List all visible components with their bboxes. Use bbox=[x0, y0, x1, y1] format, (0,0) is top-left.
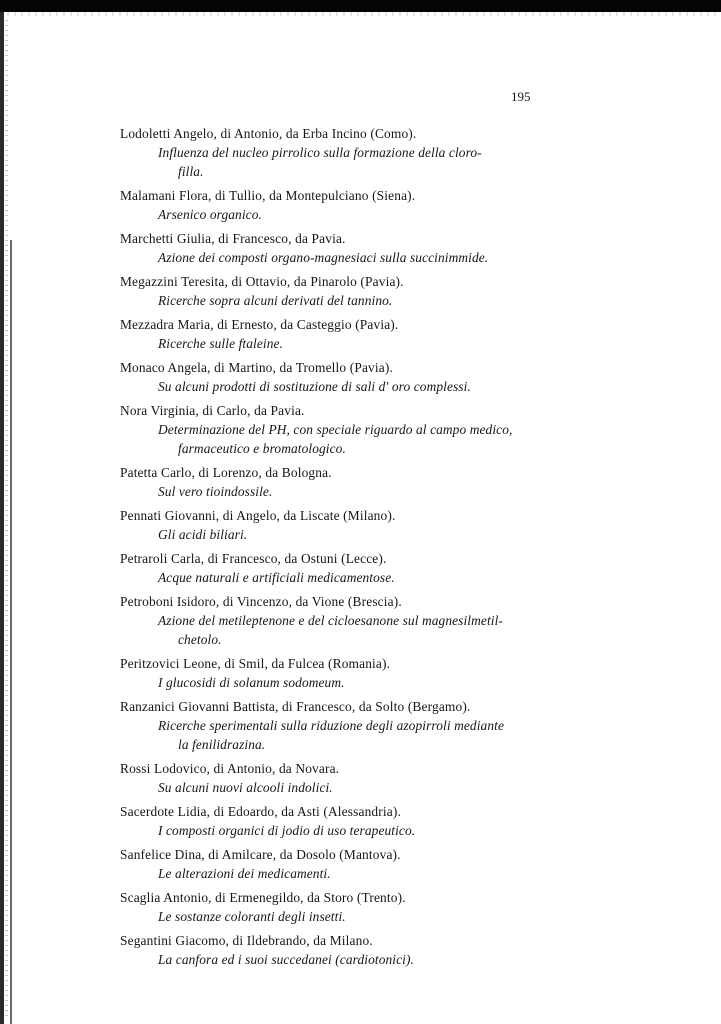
thesis-title: Arsenico organico. bbox=[120, 205, 560, 224]
list-item: Monaco Angela, di Martino, da Tromello (… bbox=[120, 358, 560, 396]
thesis-title: Su alcuni prodotti di sostituzione di sa… bbox=[120, 377, 560, 396]
author-line: Monaco Angela, di Martino, da Tromello (… bbox=[120, 358, 560, 377]
thesis-title: Ricerche sulle ftaleine. bbox=[120, 334, 560, 353]
list-item: Scaglia Antonio, di Ermenegildo, da Stor… bbox=[120, 888, 560, 926]
thesis-title-continuation: farmaceutico e bromatologico. bbox=[120, 439, 560, 458]
list-item: Sanfelice Dina, di Amilcare, da Dosolo (… bbox=[120, 845, 560, 883]
thesis-title: I composti organici di jodio di uso tera… bbox=[120, 821, 560, 840]
author-line: Nora Virginia, di Carlo, da Pavia. bbox=[120, 401, 560, 420]
page-number: 195 bbox=[511, 89, 531, 105]
thesis-title: Ricerche sperimentali sulla riduzione de… bbox=[120, 716, 560, 735]
thesis-title: Azione del metileptenone e del cicloesan… bbox=[120, 611, 560, 630]
scan-binding-shadow bbox=[10, 240, 12, 1024]
author-line: Mezzadra Maria, di Ernesto, da Casteggio… bbox=[120, 315, 560, 334]
thesis-title: I glucosidi di solanum sodomeum. bbox=[120, 673, 560, 692]
author-line: Megazzini Teresita, di Ottavio, da Pinar… bbox=[120, 272, 560, 291]
list-item: Segantini Giacomo, di Ildebrando, da Mil… bbox=[120, 931, 560, 969]
thesis-title: Ricerche sopra alcuni derivati del tanni… bbox=[120, 291, 560, 310]
author-line: Pennati Giovanni, di Angelo, da Liscate … bbox=[120, 506, 560, 525]
thesis-title: Determinazione del PH, con speciale rigu… bbox=[120, 420, 560, 439]
thesis-title-continuation: la fenilidrazina. bbox=[120, 735, 560, 754]
list-item: Petraroli Carla, di Francesco, da Ostuni… bbox=[120, 549, 560, 587]
list-item: Peritzovici Leone, di Smil, da Fulcea (R… bbox=[120, 654, 560, 692]
thesis-list: Lodoletti Angelo, di Antonio, da Erba In… bbox=[120, 124, 560, 974]
author-line: Peritzovici Leone, di Smil, da Fulcea (R… bbox=[120, 654, 560, 673]
author-line: Patetta Carlo, di Lorenzo, da Bologna. bbox=[120, 463, 560, 482]
list-item: Lodoletti Angelo, di Antonio, da Erba In… bbox=[120, 124, 560, 181]
author-line: Sacerdote Lidia, di Edoardo, da Asti (Al… bbox=[120, 802, 560, 821]
list-item: Pennati Giovanni, di Angelo, da Liscate … bbox=[120, 506, 560, 544]
scan-top-border bbox=[0, 0, 721, 12]
author-line: Rossi Lodovico, di Antonio, da Novara. bbox=[120, 759, 560, 778]
scan-noise bbox=[0, 12, 721, 16]
thesis-title: Gli acidi biliari. bbox=[120, 525, 560, 544]
list-item: Malamani Flora, di Tullio, da Montepulci… bbox=[120, 186, 560, 224]
thesis-title: Su alcuni nuovi alcooli indolici. bbox=[120, 778, 560, 797]
list-item: Mezzadra Maria, di Ernesto, da Casteggio… bbox=[120, 315, 560, 353]
list-item: Ranzanici Giovanni Battista, di Francesc… bbox=[120, 697, 560, 754]
thesis-title-continuation: filla. bbox=[120, 162, 560, 181]
scan-left-edge bbox=[0, 12, 4, 1024]
author-line: Petroboni Isidoro, di Vincenzo, da Vione… bbox=[120, 592, 560, 611]
list-item: Patetta Carlo, di Lorenzo, da Bologna. S… bbox=[120, 463, 560, 501]
thesis-title: Acque naturali e artificiali medicamento… bbox=[120, 568, 560, 587]
thesis-title: La canfora ed i suoi succedanei (cardiot… bbox=[120, 950, 560, 969]
author-line: Ranzanici Giovanni Battista, di Francesc… bbox=[120, 697, 560, 716]
list-item: Rossi Lodovico, di Antonio, da Novara. S… bbox=[120, 759, 560, 797]
thesis-title: Le sostanze coloranti degli insetti. bbox=[120, 907, 560, 926]
thesis-title: Azione dei composti organo-magnesiaci su… bbox=[120, 248, 560, 267]
author-line: Lodoletti Angelo, di Antonio, da Erba In… bbox=[120, 124, 560, 143]
list-item: Petroboni Isidoro, di Vincenzo, da Vione… bbox=[120, 592, 560, 649]
list-item: Marchetti Giulia, di Francesco, da Pavia… bbox=[120, 229, 560, 267]
list-item: Nora Virginia, di Carlo, da Pavia. Deter… bbox=[120, 401, 560, 458]
list-item: Sacerdote Lidia, di Edoardo, da Asti (Al… bbox=[120, 802, 560, 840]
thesis-title: Le alterazioni dei medicamenti. bbox=[120, 864, 560, 883]
list-item: Megazzini Teresita, di Ottavio, da Pinar… bbox=[120, 272, 560, 310]
thesis-title: Influenza del nucleo pirrolico sulla for… bbox=[120, 143, 560, 162]
thesis-title: Sul vero tioindossile. bbox=[120, 482, 560, 501]
thesis-title-continuation: chetolo. bbox=[120, 630, 560, 649]
author-line: Segantini Giacomo, di Ildebrando, da Mil… bbox=[120, 931, 560, 950]
author-line: Malamani Flora, di Tullio, da Montepulci… bbox=[120, 186, 560, 205]
author-line: Scaglia Antonio, di Ermenegildo, da Stor… bbox=[120, 888, 560, 907]
scan-left-noise bbox=[5, 20, 8, 1020]
author-line: Petraroli Carla, di Francesco, da Ostuni… bbox=[120, 549, 560, 568]
author-line: Sanfelice Dina, di Amilcare, da Dosolo (… bbox=[120, 845, 560, 864]
author-line: Marchetti Giulia, di Francesco, da Pavia… bbox=[120, 229, 560, 248]
